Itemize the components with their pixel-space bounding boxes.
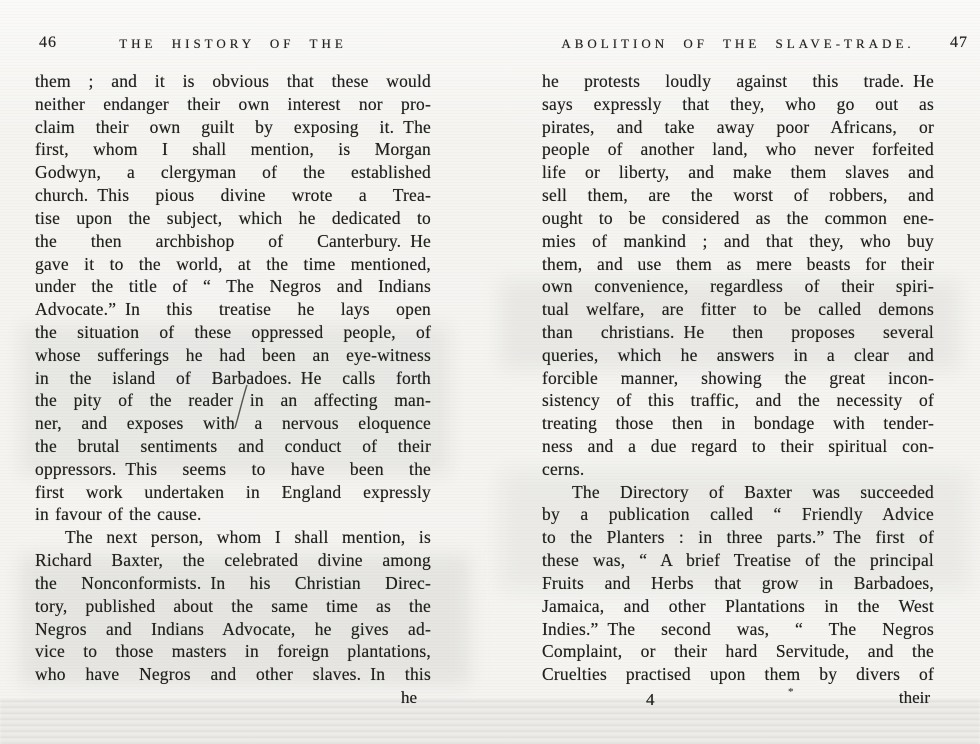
signature-mark: 4	[646, 690, 655, 710]
left-page: 46 THE HISTORY OF THE them ; and it is o…	[35, 30, 431, 686]
text-line: who have Negros and other slaves. In thi…	[35, 663, 431, 686]
text-line: ought to be considered as the common ene…	[542, 207, 934, 230]
text-line: in the island of Barbadoes. He calls for…	[35, 367, 431, 390]
text-line: queries, which he answers in a clear and	[542, 344, 934, 367]
text-line: to the Planters : in three parts.” The f…	[542, 526, 934, 549]
text-line: sistency of this traffic, and the necess…	[542, 389, 934, 412]
text-line: people of another land, who never forfei…	[542, 138, 934, 161]
text-line: these was, “ A brief Treatise of the pri…	[542, 549, 934, 572]
text-line: Fruits and Herbs that grow in Barbadoes,	[542, 572, 934, 595]
catchword-left: he	[401, 688, 417, 708]
text-line: sell them, are the worst of robbers, and	[542, 184, 934, 207]
right-page-footer: 4 * their	[542, 688, 934, 712]
text-line: neither endanger their own interest nor …	[35, 93, 431, 116]
text-line: own convenience, regardless of their spi…	[542, 275, 934, 298]
text-line: life or liberty, and make them slaves an…	[542, 161, 934, 184]
running-head-right: ABOLITION OF THE SLAVE-TRADE.	[542, 36, 934, 52]
text-line: under the title of “ The Negros and Indi…	[35, 275, 431, 298]
book-scan: 46 THE HISTORY OF THE them ; and it is o…	[0, 0, 980, 744]
text-line: Negros and Indians Advocate, he gives ad…	[35, 618, 431, 641]
text-line: the then archbishop of Canterbury. He	[35, 230, 431, 253]
text-line: Indies.” The second was, “ The Negros	[542, 618, 934, 641]
right-page: 47 ABOLITION OF THE SLAVE-TRADE. he prot…	[542, 30, 934, 686]
text-line: whose sufferings he had been an eye-witn…	[35, 344, 431, 367]
paragraph: he protests loudly against this trade. H…	[542, 70, 934, 481]
paragraph: The Directory of Baxter was succeededby …	[542, 481, 934, 686]
ink-mark: *	[788, 686, 794, 698]
text-line: church. This pious divine wrote a Trea-	[35, 184, 431, 207]
text-line: Advocate.” In this treatise he lays open	[35, 298, 431, 321]
text-line: forcible manner, showing the great incon…	[542, 367, 934, 390]
left-page-body: them ; and it is obvious that these woul…	[35, 70, 431, 686]
text-line: tory, published about the same time as t…	[35, 595, 431, 618]
text-line: in favour of the cause.	[35, 503, 431, 526]
text-line: Richard Baxter, the celebrated divine am…	[35, 549, 431, 572]
text-line: vice to those masters in foreign plantat…	[35, 640, 431, 663]
text-line: them ; and it is obvious that these woul…	[35, 70, 431, 93]
text-line: tise upon the subject, which he dedicate…	[35, 207, 431, 230]
text-line: ness and a due regard to their spiritual…	[542, 435, 934, 458]
running-head-left: THE HISTORY OF THE	[35, 36, 431, 52]
catchword-right: their	[899, 688, 930, 708]
text-line: he protests loudly against this trade. H…	[542, 70, 934, 93]
text-line: them, and use them as mere beasts for th…	[542, 253, 934, 276]
text-line: The next person, whom I shall mention, i…	[35, 526, 431, 549]
page-number-right: 47	[950, 34, 968, 52]
text-line: Complaint, or their hard Servitude, and …	[542, 640, 934, 663]
text-line: says expressly that they, who go out as	[542, 93, 934, 116]
text-line: mies of mankind ; and that they, who buy	[542, 230, 934, 253]
text-line: cerns.	[542, 458, 934, 481]
text-line: ner, and exposes with a nervous eloquenc…	[35, 412, 431, 435]
right-page-body: he protests loudly against this trade. H…	[542, 70, 934, 686]
text-line: oppressors. This seems to have been the	[35, 458, 431, 481]
text-line: the situation of these oppressed people,…	[35, 321, 431, 344]
text-line: than christians. He then proposes severa…	[542, 321, 934, 344]
paragraph: The next person, whom I shall mention, i…	[35, 526, 431, 686]
text-line: the brutal sentiments and conduct of the…	[35, 435, 431, 458]
text-line: tual welfare, are fitter to be called de…	[542, 298, 934, 321]
left-page-footer: he	[35, 688, 431, 712]
text-line: Cruelties practised upon them by divers …	[542, 663, 934, 686]
text-line: gave it to the world, at the time mentio…	[35, 253, 431, 276]
text-line: first, whom I shall mention, is Morgan	[35, 138, 431, 161]
text-line: Jamaica, and other Plantations in the We…	[542, 595, 934, 618]
text-line: the Nonconformists. In his Christian Dir…	[35, 572, 431, 595]
text-line: pirates, and take away poor Africans, or	[542, 116, 934, 139]
text-line: first work undertaken in England express…	[35, 481, 431, 504]
paragraph: them ; and it is obvious that these woul…	[35, 70, 431, 526]
text-line: The Directory of Baxter was succeeded	[542, 481, 934, 504]
text-line: by a publication called “ Friendly Advic…	[542, 503, 934, 526]
text-line: treating those then in bondage with tend…	[542, 412, 934, 435]
text-line: Godwyn, a clergyman of the established	[35, 161, 431, 184]
text-line: the pity of the reader in an affecting m…	[35, 389, 431, 412]
text-line: claim their own guilt by exposing it. Th…	[35, 116, 431, 139]
